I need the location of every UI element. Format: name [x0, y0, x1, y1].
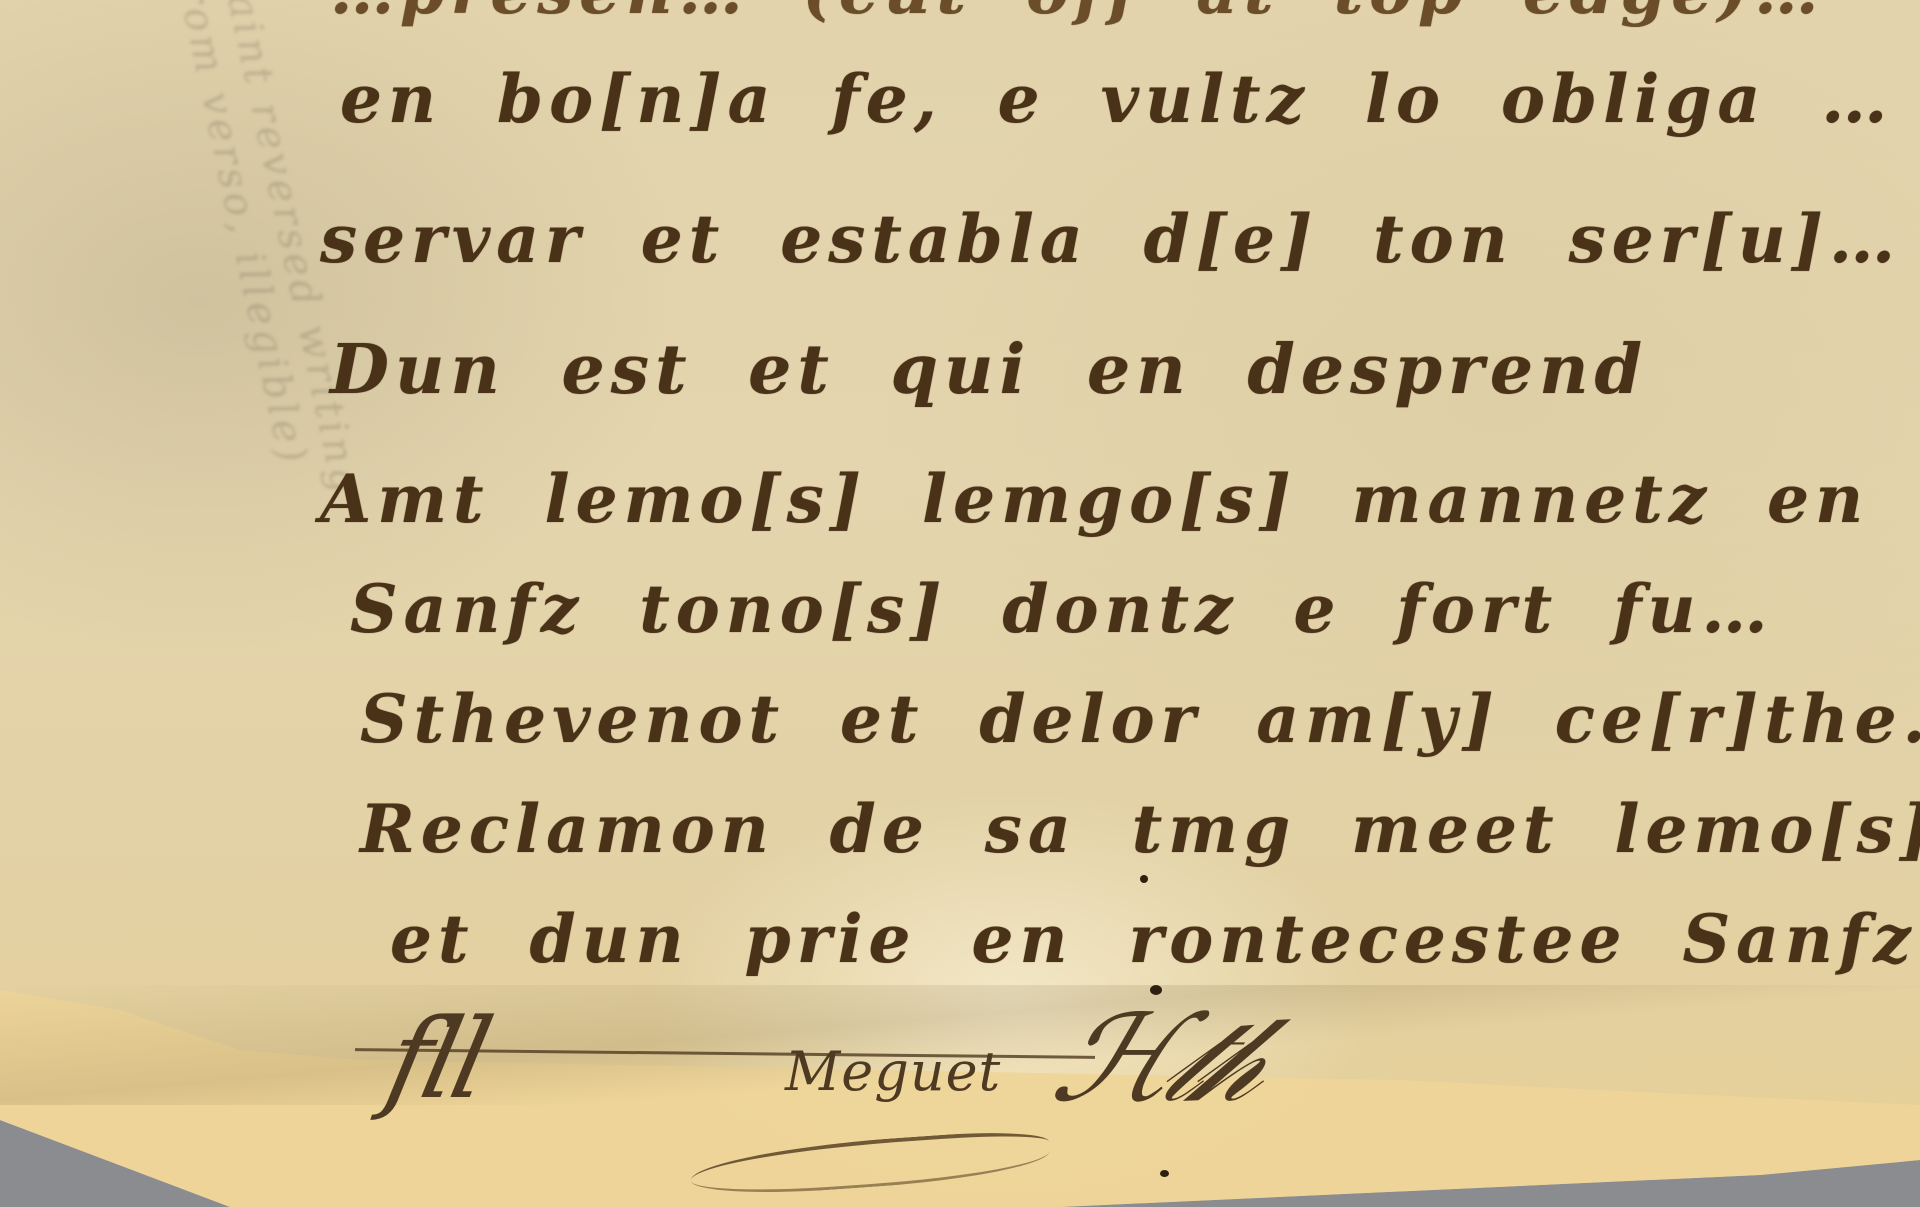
manuscript-line-2: servar et establa d[e] ton ser[u]…	[320, 200, 1901, 278]
signature-notary-name: Meguet	[785, 1040, 1001, 1103]
manuscript-line-0: …presen… (cut off at top edge)…	[330, 0, 1824, 29]
manuscript-line-7: Reclamon de sa tmg meet lemo[s]	[360, 790, 1920, 868]
manuscript-line-8: et dun prie en rontecestee Sanfz …	[390, 900, 1920, 978]
manuscript-line-3: Dun est et qui en desprend	[330, 330, 1648, 410]
ink-blot	[1150, 985, 1162, 995]
manuscript-line-5: Sanfz tono[s] dontz e fort fu…	[350, 570, 1773, 648]
document-photograph: (faint reversed writing from verso, ille…	[0, 0, 1920, 1207]
ink-blot	[1160, 1170, 1169, 1177]
manuscript-line-4: Amt lemo[s] lemgo[s] mannetz en mo[…]	[320, 460, 1920, 538]
manuscript-line-1: en bo[n]a fe, e vultz lo obliga …	[340, 60, 1893, 138]
manuscript-line-6: Sthevenot et delor am[y] ce[r]the…	[360, 680, 1920, 758]
ink-blot	[1140, 875, 1148, 883]
